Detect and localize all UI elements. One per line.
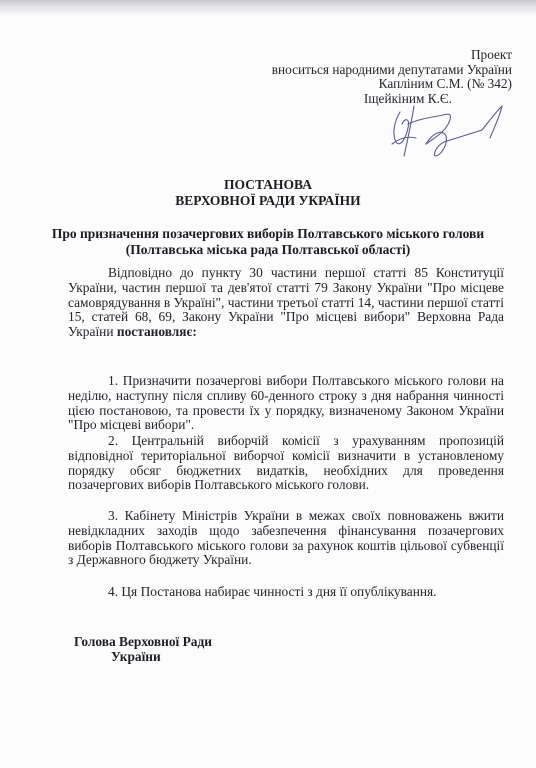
preamble-paragraph: Відповідно до пункту 30 частини першої с…: [68, 266, 504, 340]
author-1: Капліним С.М. (№ 342): [272, 77, 512, 92]
signatory-line-1: Голова Верховної Ради: [74, 634, 212, 649]
signatory-block: Голова Верховної Ради України: [74, 634, 212, 664]
signature-icon: [386, 98, 516, 160]
resolves-keyword: постановляє:: [117, 324, 197, 339]
subtitle-line-1: Про призначення позачергових виборів Пол…: [0, 226, 536, 242]
signatory-line-2: України: [74, 649, 212, 664]
document-title: ПОСТАНОВА ВЕРХОВНОЇ РАДИ УКРАЇНИ: [0, 177, 536, 208]
subtitle-line-2: (Полтавська міська рада Полтавської обла…: [0, 242, 536, 258]
title-line-1: ПОСТАНОВА: [0, 177, 536, 193]
clause-3: 3. Кабінету Міністрів України в межах св…: [68, 509, 504, 568]
title-line-2: ВЕРХОВНОЇ РАДИ УКРАЇНИ: [0, 193, 536, 209]
submitted-by: вноситься народними депутатами України: [272, 63, 512, 78]
clause-4: 4. Ця Постанова набирає чинності з дня ї…: [68, 585, 504, 600]
document-subtitle: Про призначення позачергових виборів Пол…: [0, 226, 536, 257]
scan-shadow: [0, 0, 536, 16]
clause-2: 2. Центральній виборчій комісії з урахув…: [68, 434, 504, 493]
draft-label: Проект: [272, 48, 512, 63]
document-page: Проект вноситься народними депутатами Ук…: [0, 0, 536, 768]
clause-1: 1. Призначити позачергові вибори Полтавс…: [68, 374, 504, 433]
